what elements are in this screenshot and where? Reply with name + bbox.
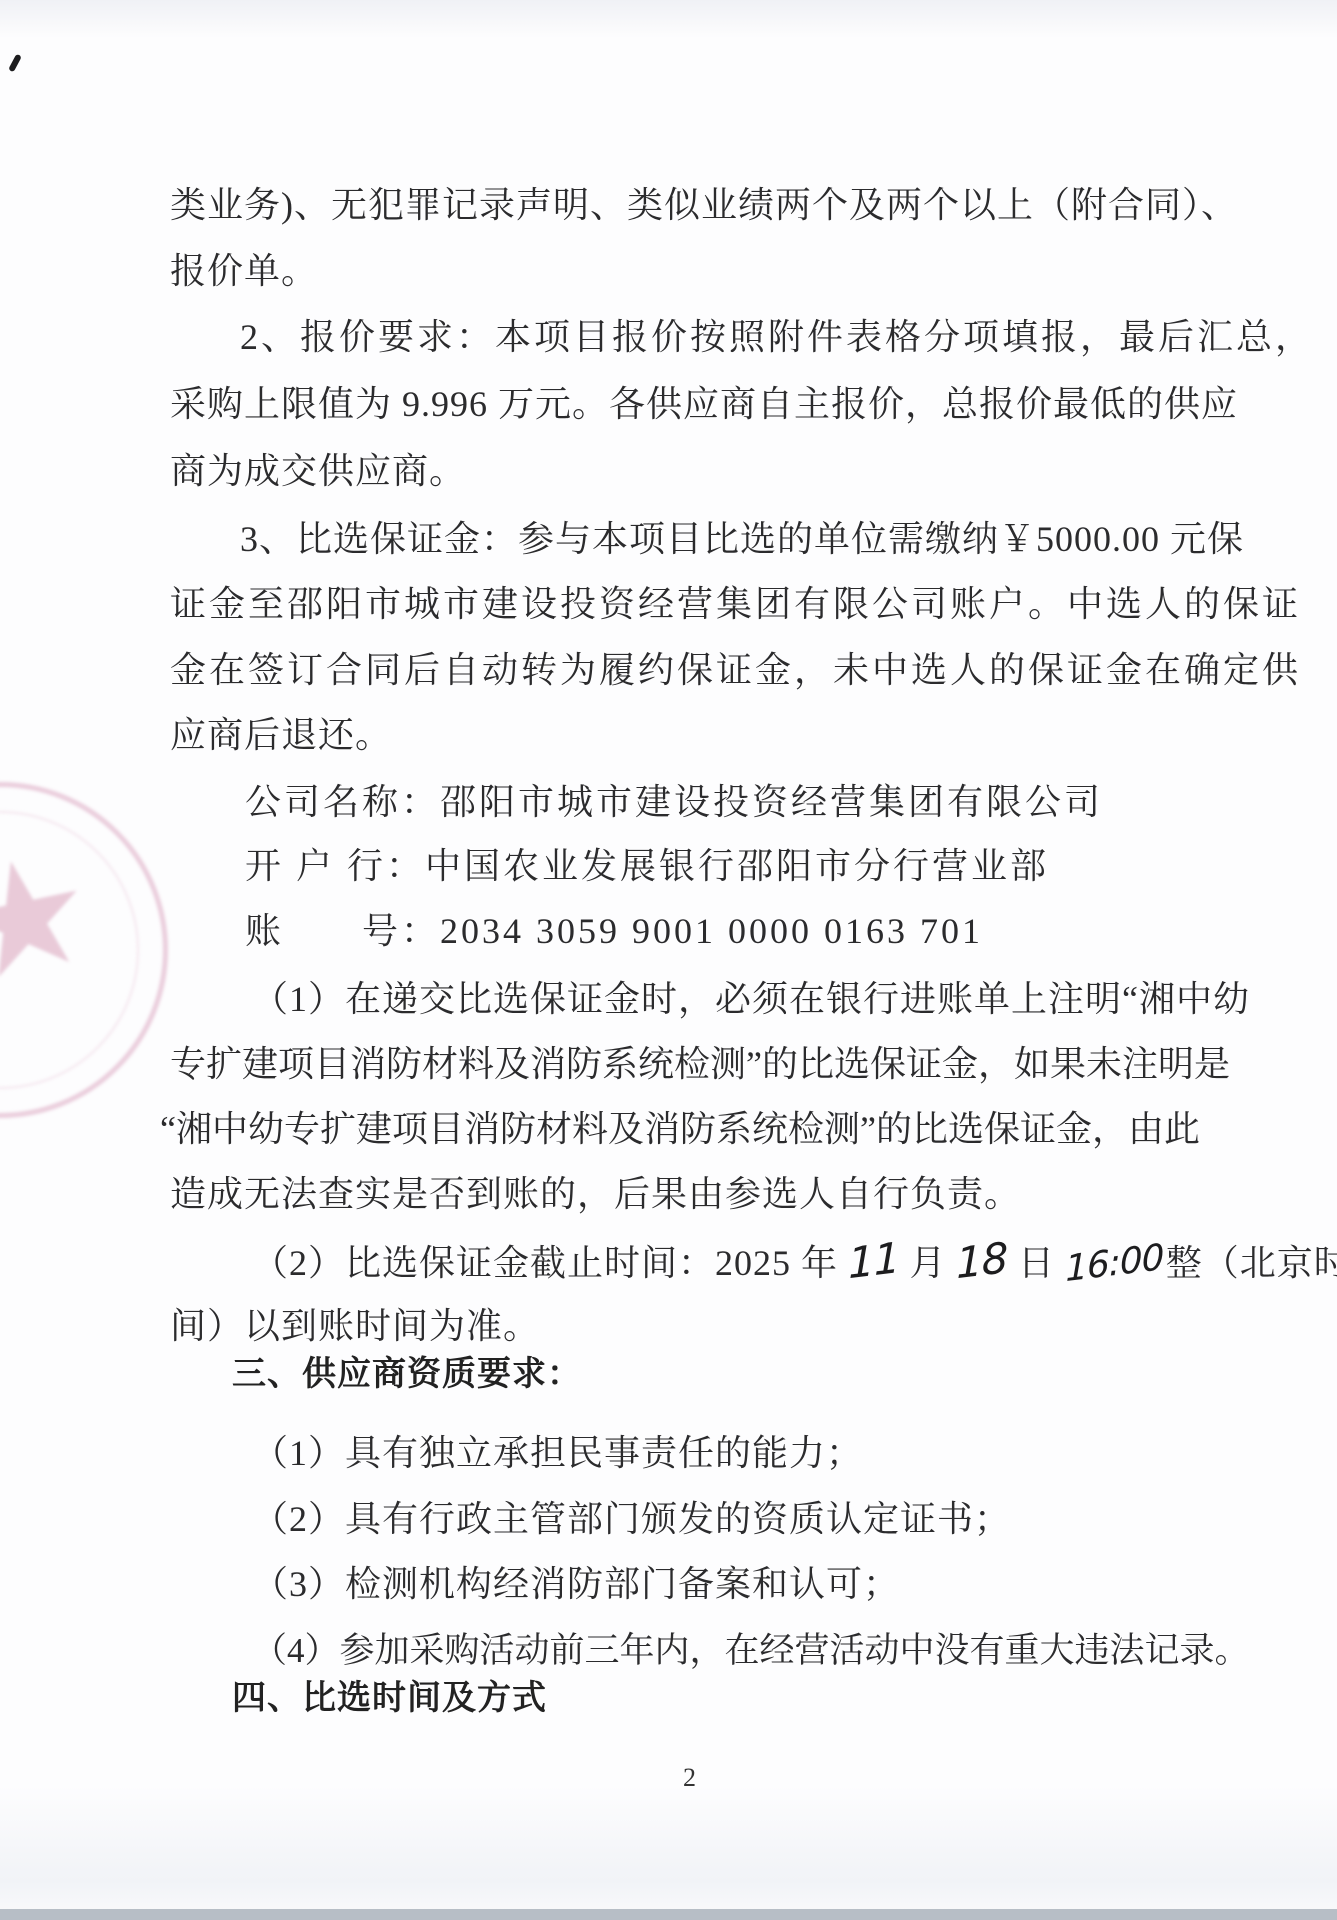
document-line: （1）在递交比选保证金时，必须在银行进账单上注明“湘中幼 (252, 976, 1250, 1022)
section-heading-3: 三、供应商资质要求： (232, 1352, 582, 1398)
document-line: 3、比选保证金：参与本项目比选的单位需缴纳￥5000.00 元保 (240, 516, 1244, 562)
document-line: “湘中幼专扩建项目消防材料及消防系统检测”的比选保证金，由此 (160, 1106, 1200, 1152)
document-line: 证金至邵阳市城市建设投资经营集团有限公司账户。中选人的保证 (170, 581, 1301, 627)
qualification-item: （3）检测机构经消防部门备案和认可； (252, 1561, 900, 1607)
document-line: 金在签订合同后自动转为履约保证金，未中选人的保证金在确定供 (170, 647, 1301, 693)
handwritten-day: 18 (956, 1235, 1008, 1288)
scanned-document-page: ★ 类业务)、无犯罪记录声明、类似业绩两个及两个以上（附合同）、 报价单。 2、… (0, 0, 1337, 1920)
month-unit: 月 (909, 1243, 946, 1283)
document-line: 造成无法查实是否到账的，后果由参选人自行负责。 (170, 1171, 1021, 1217)
bank-name-line: 开 户 行：中国农业发展银行邵阳市分行营业部 (245, 843, 1049, 889)
day-unit: 日 (1018, 1243, 1055, 1283)
deadline-typed-prefix: （2）比选保证金截止时间：2025 年 (252, 1243, 838, 1283)
document-line: 间）以到账时间为准。 (170, 1303, 540, 1349)
deadline-typed-suffix: 整（北京时 (1166, 1243, 1337, 1283)
scan-bottom-edge (0, 1909, 1337, 1920)
document-line: 专扩建项目消防材料及消防系统检测”的比选保证金，如果未注明是 (170, 1041, 1230, 1087)
deadline-line: （2）比选保证金截止时间：2025 年11月18日16:00整（北京时 (252, 1238, 1337, 1287)
qualification-item: （1）具有独立承担民事责任的能力； (252, 1430, 863, 1476)
handwritten-time: 16:00 (1065, 1235, 1164, 1293)
document-line: 应商后退还。 (170, 712, 392, 758)
qualification-item: （2）具有行政主管部门颁发的资质认定证书； (252, 1496, 1011, 1542)
qualification-item: （4）参加采购活动前三年内，在经营活动中没有重大违法记录。 (252, 1628, 1250, 1674)
official-seal-stamp: ★ (0, 782, 168, 1118)
document-line: 商为成交供应商。 (170, 448, 466, 494)
company-name-line: 公司名称：邵阳市城市建设投资经营集团有限公司 (245, 779, 1103, 825)
document-line: 类业务)、无犯罪记录声明、类似业绩两个及两个以上（附合同）、 (170, 182, 1238, 228)
document-line: 采购上限值为 9.996 万元。各供应商自主报价，总报价最低的供应 (170, 381, 1238, 427)
account-number-line: 账 号：2034 3059 9001 0000 0163 701 (245, 908, 983, 954)
page-number: 2 (683, 1763, 696, 1793)
pen-mark-icon (8, 54, 22, 73)
section-heading-4: 四、比选时间及方式 (232, 1676, 547, 1722)
handwritten-month: 11 (848, 1235, 900, 1288)
document-line: 2、报价要求：本项目报价按照附件表格分项填报，最后汇总， (240, 314, 1314, 360)
document-line: 报价单。 (170, 248, 318, 294)
